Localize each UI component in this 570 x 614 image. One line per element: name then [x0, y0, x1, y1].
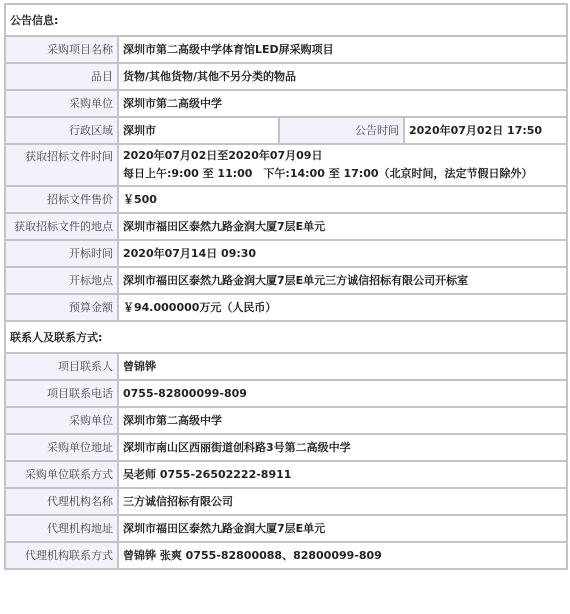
doc-obtain-daily-hours: 每日上午:9:00 至 11:00 下午:14:00 至 17:00（北京时间，…	[123, 165, 562, 183]
value-purchaser: 深圳市第二高级中学	[118, 90, 567, 117]
table-row: 项目联系人 曾锦铧	[5, 353, 567, 380]
value-budget: ￥94.000000万元（人民币）	[118, 294, 567, 321]
label-category: 品目	[5, 63, 118, 90]
value-category: 货物/其他货物/其他不另分类的物品	[118, 63, 567, 90]
section-title-announcement: 公告信息:	[5, 4, 567, 36]
section-title-contacts: 联系人及联系方式:	[5, 321, 567, 353]
value-bid-open-place: 深圳市福田区泰然九路金润大厦7层E单元三方诚信招标有限公司开标室	[118, 267, 567, 294]
value-doc-price: ￥500	[118, 186, 567, 213]
value-agency-name: 三方诚信招标有限公司	[118, 488, 567, 515]
value-agency-address: 深圳市福田区泰然九路金润大厦7层E单元	[118, 515, 567, 542]
value-project-contact: 曾锦铧	[118, 353, 567, 380]
value-doc-obtain-time: 2020年07月02日至2020年07月09日 每日上午:9:00 至 11:0…	[118, 144, 567, 186]
label-bid-open-time: 开标时间	[5, 240, 118, 267]
table-row: 获取招标文件的地点 深圳市福田区泰然九路金润大厦7层E单元	[5, 213, 567, 240]
table-row: 行政区域 深圳市 公告时间 2020年07月02日 17:50	[5, 117, 567, 144]
table-row: 代理机构名称 三方诚信招标有限公司	[5, 488, 567, 515]
table-row: 品目 货物/其他货物/其他不另分类的物品	[5, 63, 567, 90]
label-purchaser-address: 采购单位地址	[5, 434, 118, 461]
label-doc-price: 招标文件售价	[5, 186, 118, 213]
table-row: 采购项目名称 深圳市第二高级中学体育馆LED屏采购项目	[5, 36, 567, 63]
announcement-container: 公告信息: 采购项目名称 深圳市第二高级中学体育馆LED屏采购项目 品目 货物/…	[4, 3, 566, 570]
label-doc-obtain-place: 获取招标文件的地点	[5, 213, 118, 240]
label-project-name: 采购项目名称	[5, 36, 118, 63]
value-region: 深圳市	[118, 117, 279, 144]
table-row: 代理机构地址 深圳市福田区泰然九路金润大厦7层E单元	[5, 515, 567, 542]
label-announce-time: 公告时间	[279, 117, 404, 144]
table-row: 采购单位联系方式 吴老师 0755-26502222-8911	[5, 461, 567, 488]
value-announce-time: 2020年07月02日 17:50	[404, 117, 567, 144]
table-row: 招标文件售价 ￥500	[5, 186, 567, 213]
label-purchaser: 采购单位	[5, 90, 118, 117]
label-project-contact: 项目联系人	[5, 353, 118, 380]
table-row: 代理机构联系方式 曾锦铧 张爽 0755-82800088、82800099-8…	[5, 542, 567, 569]
label-purchaser-contact: 采购单位联系方式	[5, 461, 118, 488]
table-row: 采购单位地址 深圳市南山区西丽街道创科路3号第二高级中学	[5, 434, 567, 461]
announcement-table: 公告信息: 采购项目名称 深圳市第二高级中学体育馆LED屏采购项目 品目 货物/…	[4, 3, 568, 570]
value-project-name: 深圳市第二高级中学体育馆LED屏采购项目	[118, 36, 567, 63]
value-purchaser-contact: 吴老师 0755-26502222-8911	[118, 461, 567, 488]
value-bid-open-time: 2020年07月14日 09:30	[118, 240, 567, 267]
value-project-phone: 0755-82800099-809	[118, 380, 567, 407]
section-header-contacts: 联系人及联系方式:	[5, 321, 567, 353]
value-contact-purchaser: 深圳市第二高级中学	[118, 407, 567, 434]
table-row: 采购单位 深圳市第二高级中学	[5, 90, 567, 117]
table-row: 开标时间 2020年07月14日 09:30	[5, 240, 567, 267]
value-agency-contact: 曾锦铧 张爽 0755-82800088、82800099-809	[118, 542, 567, 569]
label-agency-contact: 代理机构联系方式	[5, 542, 118, 569]
table-row: 开标地点 深圳市福田区泰然九路金润大厦7层E单元三方诚信招标有限公司开标室	[5, 267, 567, 294]
label-region: 行政区域	[5, 117, 118, 144]
table-row: 采购单位 深圳市第二高级中学	[5, 407, 567, 434]
label-agency-name: 代理机构名称	[5, 488, 118, 515]
label-doc-obtain-time: 获取招标文件时间	[5, 144, 118, 186]
section-header-announcement: 公告信息:	[5, 4, 567, 36]
table-row: 获取招标文件时间 2020年07月02日至2020年07月09日 每日上午:9:…	[5, 144, 567, 186]
label-contact-purchaser: 采购单位	[5, 407, 118, 434]
label-project-phone: 项目联系电话	[5, 380, 118, 407]
table-row: 预算金额 ￥94.000000万元（人民币）	[5, 294, 567, 321]
value-purchaser-address: 深圳市南山区西丽街道创科路3号第二高级中学	[118, 434, 567, 461]
table-row: 项目联系电话 0755-82800099-809	[5, 380, 567, 407]
doc-obtain-date-range: 2020年07月02日至2020年07月09日	[123, 147, 562, 165]
label-agency-address: 代理机构地址	[5, 515, 118, 542]
label-budget: 预算金额	[5, 294, 118, 321]
label-bid-open-place: 开标地点	[5, 267, 118, 294]
value-doc-obtain-place: 深圳市福田区泰然九路金润大厦7层E单元	[118, 213, 567, 240]
